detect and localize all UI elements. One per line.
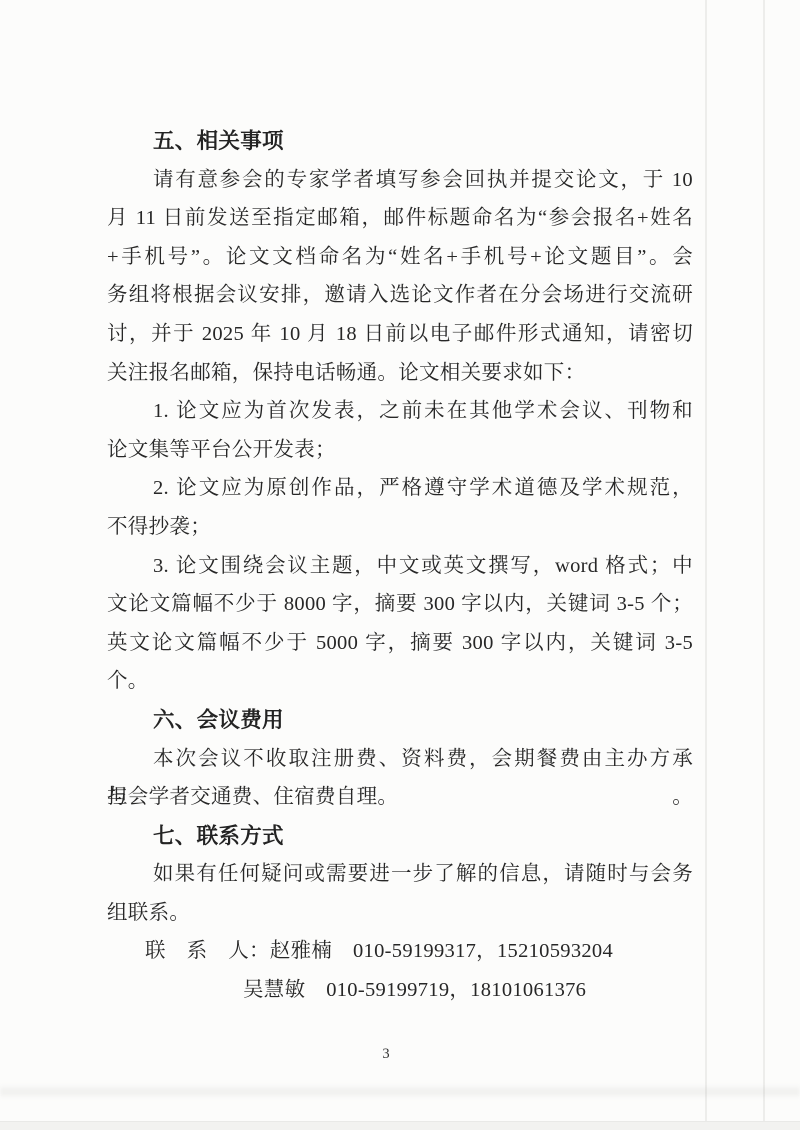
paragraph-line: 务组将根据会议安排，邀请入选论文作者在分会场进行交流研 xyxy=(107,276,693,315)
document-body: 五、相关事项 请有意参会的专家学者填写参会回执并提交论文，于 10 月 11 日… xyxy=(107,122,693,1010)
paragraph-line: 讨，并于 2025 年 10 月 18 日前以电子邮件形式通知，请密切 xyxy=(107,315,693,354)
list-item-3-line: 英文论文篇幅不少于 5000 字，摘要 300 字以内，关键词 3-5 xyxy=(107,624,693,663)
section-heading-conference-fees: 六、会议费用 xyxy=(107,701,693,740)
list-item-2-line: 2. 论文应为原创作品，严格遵守学术道德及学术规范， xyxy=(107,469,693,508)
list-item-1-line: 论文集等平台公开发表； xyxy=(107,431,693,470)
section-heading-contact-info: 七、联系方式 xyxy=(107,817,693,856)
page-number: 3 xyxy=(0,1046,772,1063)
scanned-document-page: 五、相关事项 请有意参会的专家学者填写参会回执并提交论文，于 10 月 11 日… xyxy=(0,0,800,1130)
paragraph-line: +手机号”。论文文档命名为“姓名+手机号+论文题目”。会 xyxy=(107,238,693,277)
list-item-1-line: 1. 论文应为首次发表，之前未在其他学术会议、刊物和 xyxy=(107,392,693,431)
list-item-3-line: 文论文篇幅不少于 8000 字，摘要 300 字以内，关键词 3-5 个； xyxy=(107,585,693,624)
paragraph-line: 本次会议不收取注册费、资料费，会期餐费由主办方承担。 xyxy=(107,740,693,779)
paragraph-line: 关注报名邮箱，保持电话畅通。论文相关要求如下： xyxy=(107,354,693,393)
contact-person-line-2: 吴慧敏 010-59199719，18101061376 xyxy=(107,971,693,1010)
paragraph-line: 如果有任何疑问或需要进一步了解的信息，请随时与会务 xyxy=(107,855,693,894)
scan-artifact-bottom-smudge xyxy=(0,1084,800,1098)
scan-artifact-vertical-line xyxy=(705,0,707,1130)
contact-person-line-1: 联 系 人：赵雅楠 010-59199317，15210593204 xyxy=(107,932,693,971)
scan-artifact-page-edge xyxy=(0,1121,800,1130)
paragraph-line: 请有意参会的专家学者填写参会回执并提交论文，于 10 xyxy=(107,161,693,200)
section-heading-related-matters: 五、相关事项 xyxy=(107,122,693,161)
paragraph-line: 月 11 日前发送至指定邮箱，邮件标题命名为“参会报名+姓名 xyxy=(107,199,693,238)
paragraph-line: 组联系。 xyxy=(107,894,693,933)
list-item-3-line: 3. 论文围绕会议主题，中文或英文撰写，word 格式；中 xyxy=(107,547,693,586)
list-item-2-line: 不得抄袭； xyxy=(107,508,693,547)
list-item-3-line: 个。 xyxy=(107,662,693,701)
scan-artifact-vertical-line xyxy=(763,0,765,1130)
